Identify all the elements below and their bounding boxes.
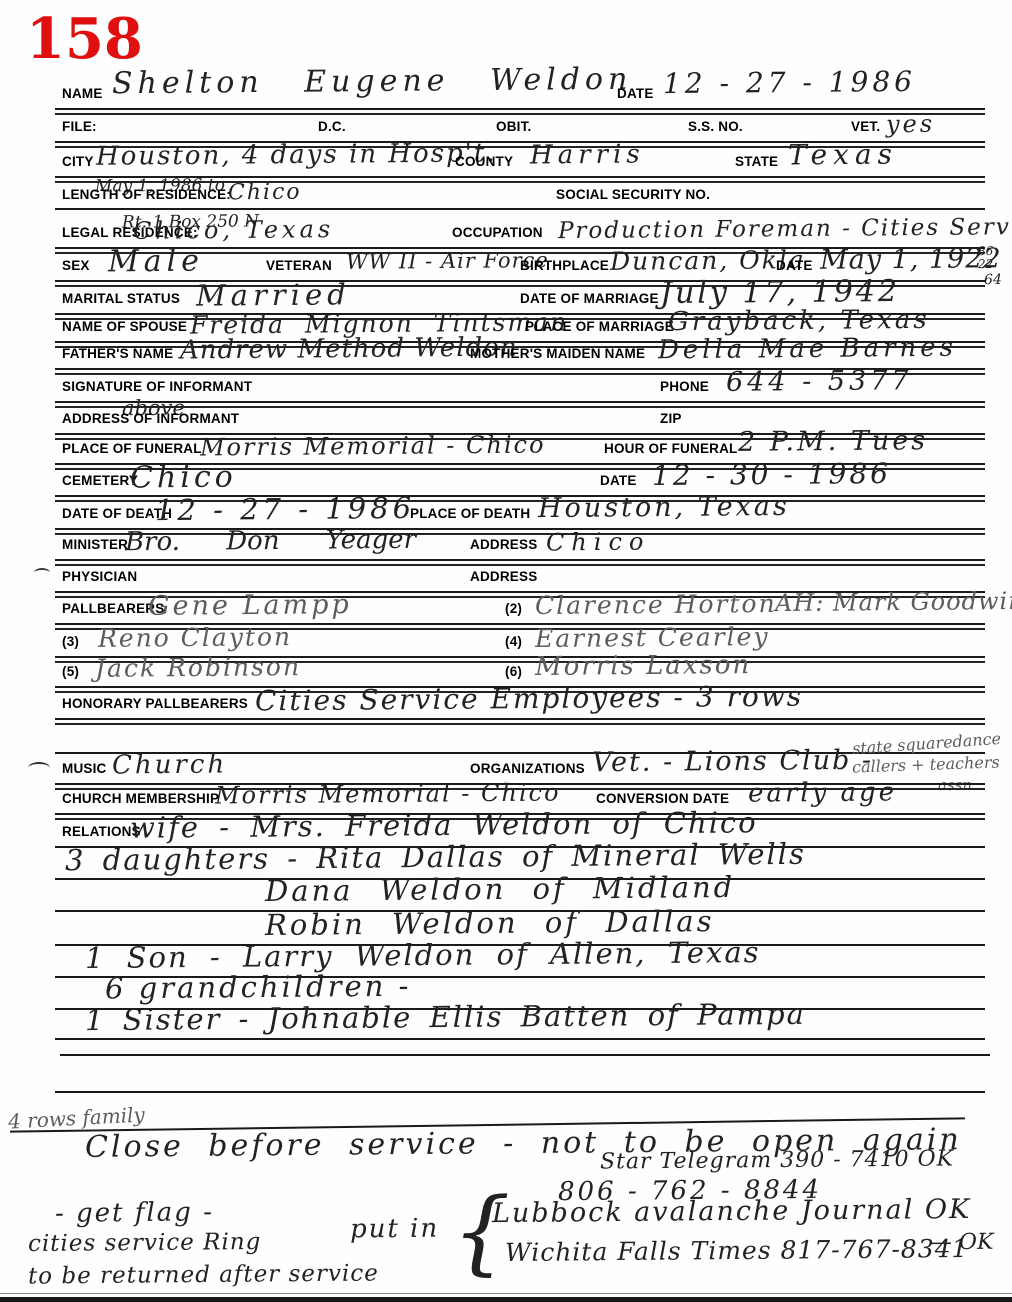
relations-line: 1 Sister - Johnable Ellis Batten of Pamp… (85, 997, 806, 1037)
residence-value: Chico (228, 180, 302, 206)
note-get-flag: - get flag - (55, 1197, 214, 1228)
name-value: Shelton Eugene Weldon (112, 62, 633, 102)
note-lubbock-journal: Lubbock avalanche Journal OK (492, 1194, 971, 1229)
pallbearer-1: Gene Lampp (148, 589, 352, 622)
funeral-place-label: PLACE OF FUNERAL (62, 441, 202, 456)
vet-value: yes (886, 110, 935, 138)
note-wichita-falls-times: Wichita Falls Times 817-767-8341 (505, 1234, 969, 1267)
funeral-hour-value: 2 P.M. Tues (738, 425, 928, 458)
scan-edge-line (0, 1293, 1012, 1294)
pallbearer-4: Earnest Cearley (535, 622, 770, 653)
county-label: COUNTY (455, 154, 513, 169)
father-value: Andrew Method Weldon (180, 333, 518, 366)
church-membership-label: CHURCH MEMBERSHIP (62, 791, 219, 806)
death-place-value: Houston, Texas (538, 491, 790, 524)
form-line (55, 1038, 985, 1040)
sex-value: Male (108, 244, 204, 280)
death-place-label: PLACE OF DEATH (410, 506, 530, 521)
organizations-annotation-2: callers + teachers (852, 752, 1000, 776)
note-cities-service-ring: cities service Ring (28, 1229, 262, 1257)
ssno-label: S.S. NO. (688, 119, 743, 134)
mother-value: Della Mae Barnes (658, 333, 957, 366)
form-line (60, 1054, 990, 1056)
burial-date-value: 12 - 30 - 1986 (652, 457, 891, 492)
occupation-value: Production Foreman - Cities Service (558, 214, 1012, 244)
note-put-in: put in (350, 1214, 439, 1245)
pallbearer-6-num: (6) (505, 664, 522, 679)
conversion-date-value: early age (748, 777, 897, 808)
residence-label: LENGTH OF RESIDENCE: (62, 187, 231, 202)
birth-date-label: DATE (776, 258, 813, 273)
cemetery-value: Chico (130, 460, 237, 496)
name-date-value: 12 - 27 - 1986 (663, 65, 916, 100)
page-number: 158 (26, 6, 143, 72)
form-line (55, 208, 985, 210)
funeral-record-sheet: 158 NAME Shelton Eugene Weldon DATE 12 -… (0, 0, 1012, 1302)
minister-value: Bro. Don Yeager (125, 525, 416, 558)
marriage-date-label: DATE OF MARRIAGE (520, 291, 659, 306)
conversion-date-label: CONVERSION DATE (596, 791, 729, 806)
pallbearer-6: Morris Laxson (535, 650, 751, 682)
form-line (55, 401, 985, 403)
pallbearer-2: Clarence Horton (535, 589, 777, 620)
relations-line: 1 Son - Larry Weldon of Allen, Texas (85, 935, 761, 975)
state-value: Texas (788, 138, 898, 172)
phone-label: PHONE (660, 379, 709, 394)
pallbearer-3-num: (3) (62, 634, 79, 649)
form-line (55, 1091, 985, 1093)
honorary-value: Cities Service Employees - 3 rows (255, 680, 803, 718)
ah-note: AH: Mark Goodwin (775, 587, 1012, 617)
city-value: Houston, 4 days in Hosp't. (96, 138, 497, 171)
form-line (55, 718, 985, 720)
occupation-label: OCCUPATION (452, 225, 543, 240)
informant-address-label: ADDRESS OF INFORMANT (62, 411, 239, 426)
honorary-label: HONORARY PALLBEARERS (62, 696, 248, 711)
burial-date-label: DATE (600, 473, 637, 488)
zip-label: ZIP (660, 411, 682, 426)
age-calc-mid: 22 (978, 257, 993, 271)
note-star-telegram: Star Telegram 390 - 7410 OK (600, 1146, 954, 1174)
funeral-hour-label: HOUR OF FUNERAL (604, 441, 738, 456)
physician-label: PHYSICIAN (62, 569, 137, 584)
form-line (55, 559, 985, 561)
relations-label: RELATIONS (62, 824, 141, 839)
pen-mark (28, 762, 50, 774)
note-returned-after-service: to be returned after service (28, 1260, 379, 1289)
minister-address-label: ADDRESS (470, 537, 537, 552)
form-line (55, 108, 985, 110)
veteran-label: VETERAN (266, 258, 332, 273)
minister-address-value: Chico (546, 528, 651, 557)
veteran-value: WW II - Air Force (346, 248, 549, 274)
county-value: Harris (530, 140, 645, 171)
organizations-label: ORGANIZATIONS (470, 761, 585, 776)
minister-label: MINISTER (62, 537, 128, 552)
scan-edge-bar (0, 1297, 1012, 1302)
music-label: MUSIC (62, 761, 107, 776)
file-label: FILE: (62, 119, 97, 134)
dc-label: D.C. (318, 119, 346, 134)
name-date-label: DATE (617, 86, 654, 101)
pallbearer-5-num: (5) (62, 664, 79, 679)
father-label: FATHER'S NAME (62, 346, 173, 361)
sex-label: SEX (62, 258, 90, 273)
music-value: Church (112, 749, 227, 780)
church-membership-value: Morris Memorial - Chico (215, 778, 561, 809)
birthplace-label: BIRTHPLACE (520, 258, 609, 273)
pallbearer-3: Reno Clayton (98, 622, 292, 653)
age-calc-top: 86 (978, 244, 993, 258)
signature-label: SIGNATURE OF INFORMANT (62, 379, 252, 394)
organizations-annotation-3: assn. (938, 776, 977, 794)
organizations-value: Vet. - Lions Club - (592, 745, 873, 778)
marital-label: MARITAL STATUS (62, 291, 180, 306)
age-calc-result: 64 (984, 272, 1002, 288)
pallbearer-4-num: (4) (505, 634, 522, 649)
phone-value: 644 - 5377 (726, 365, 913, 398)
state-label: STATE (735, 154, 778, 169)
death-date-value: 12 - 27 - 1986 (155, 491, 415, 527)
relations-line: Dana Weldon of Midland (265, 870, 736, 908)
physician-address-label: ADDRESS (470, 569, 537, 584)
spouse-label: NAME OF SPOUSE (62, 319, 187, 334)
pen-mark (34, 568, 50, 577)
vet-label: VET. (851, 119, 880, 134)
funeral-place-value: Morris Memorial - Chico (200, 430, 546, 461)
pallbearer-5: Jack Robinson (95, 652, 301, 683)
marital-value: Married (196, 277, 351, 312)
name-label: NAME (62, 86, 103, 101)
birth-date-value: May 1, 1922 (820, 243, 1002, 276)
pallbearer-2-num: (2) (505, 601, 522, 616)
cemetery-label: CEMETERY (62, 473, 138, 488)
city-label: CITY (62, 154, 94, 169)
ssn-label: SOCIAL SECURITY NO. (556, 187, 710, 202)
obit-label: OBIT. (496, 119, 532, 134)
legal-value: Chico, Texas (133, 215, 334, 245)
mother-label: MOTHER'S MAIDEN NAME (470, 346, 645, 361)
marriage-place-label: PLACE OF MARRIAGE (525, 319, 674, 334)
